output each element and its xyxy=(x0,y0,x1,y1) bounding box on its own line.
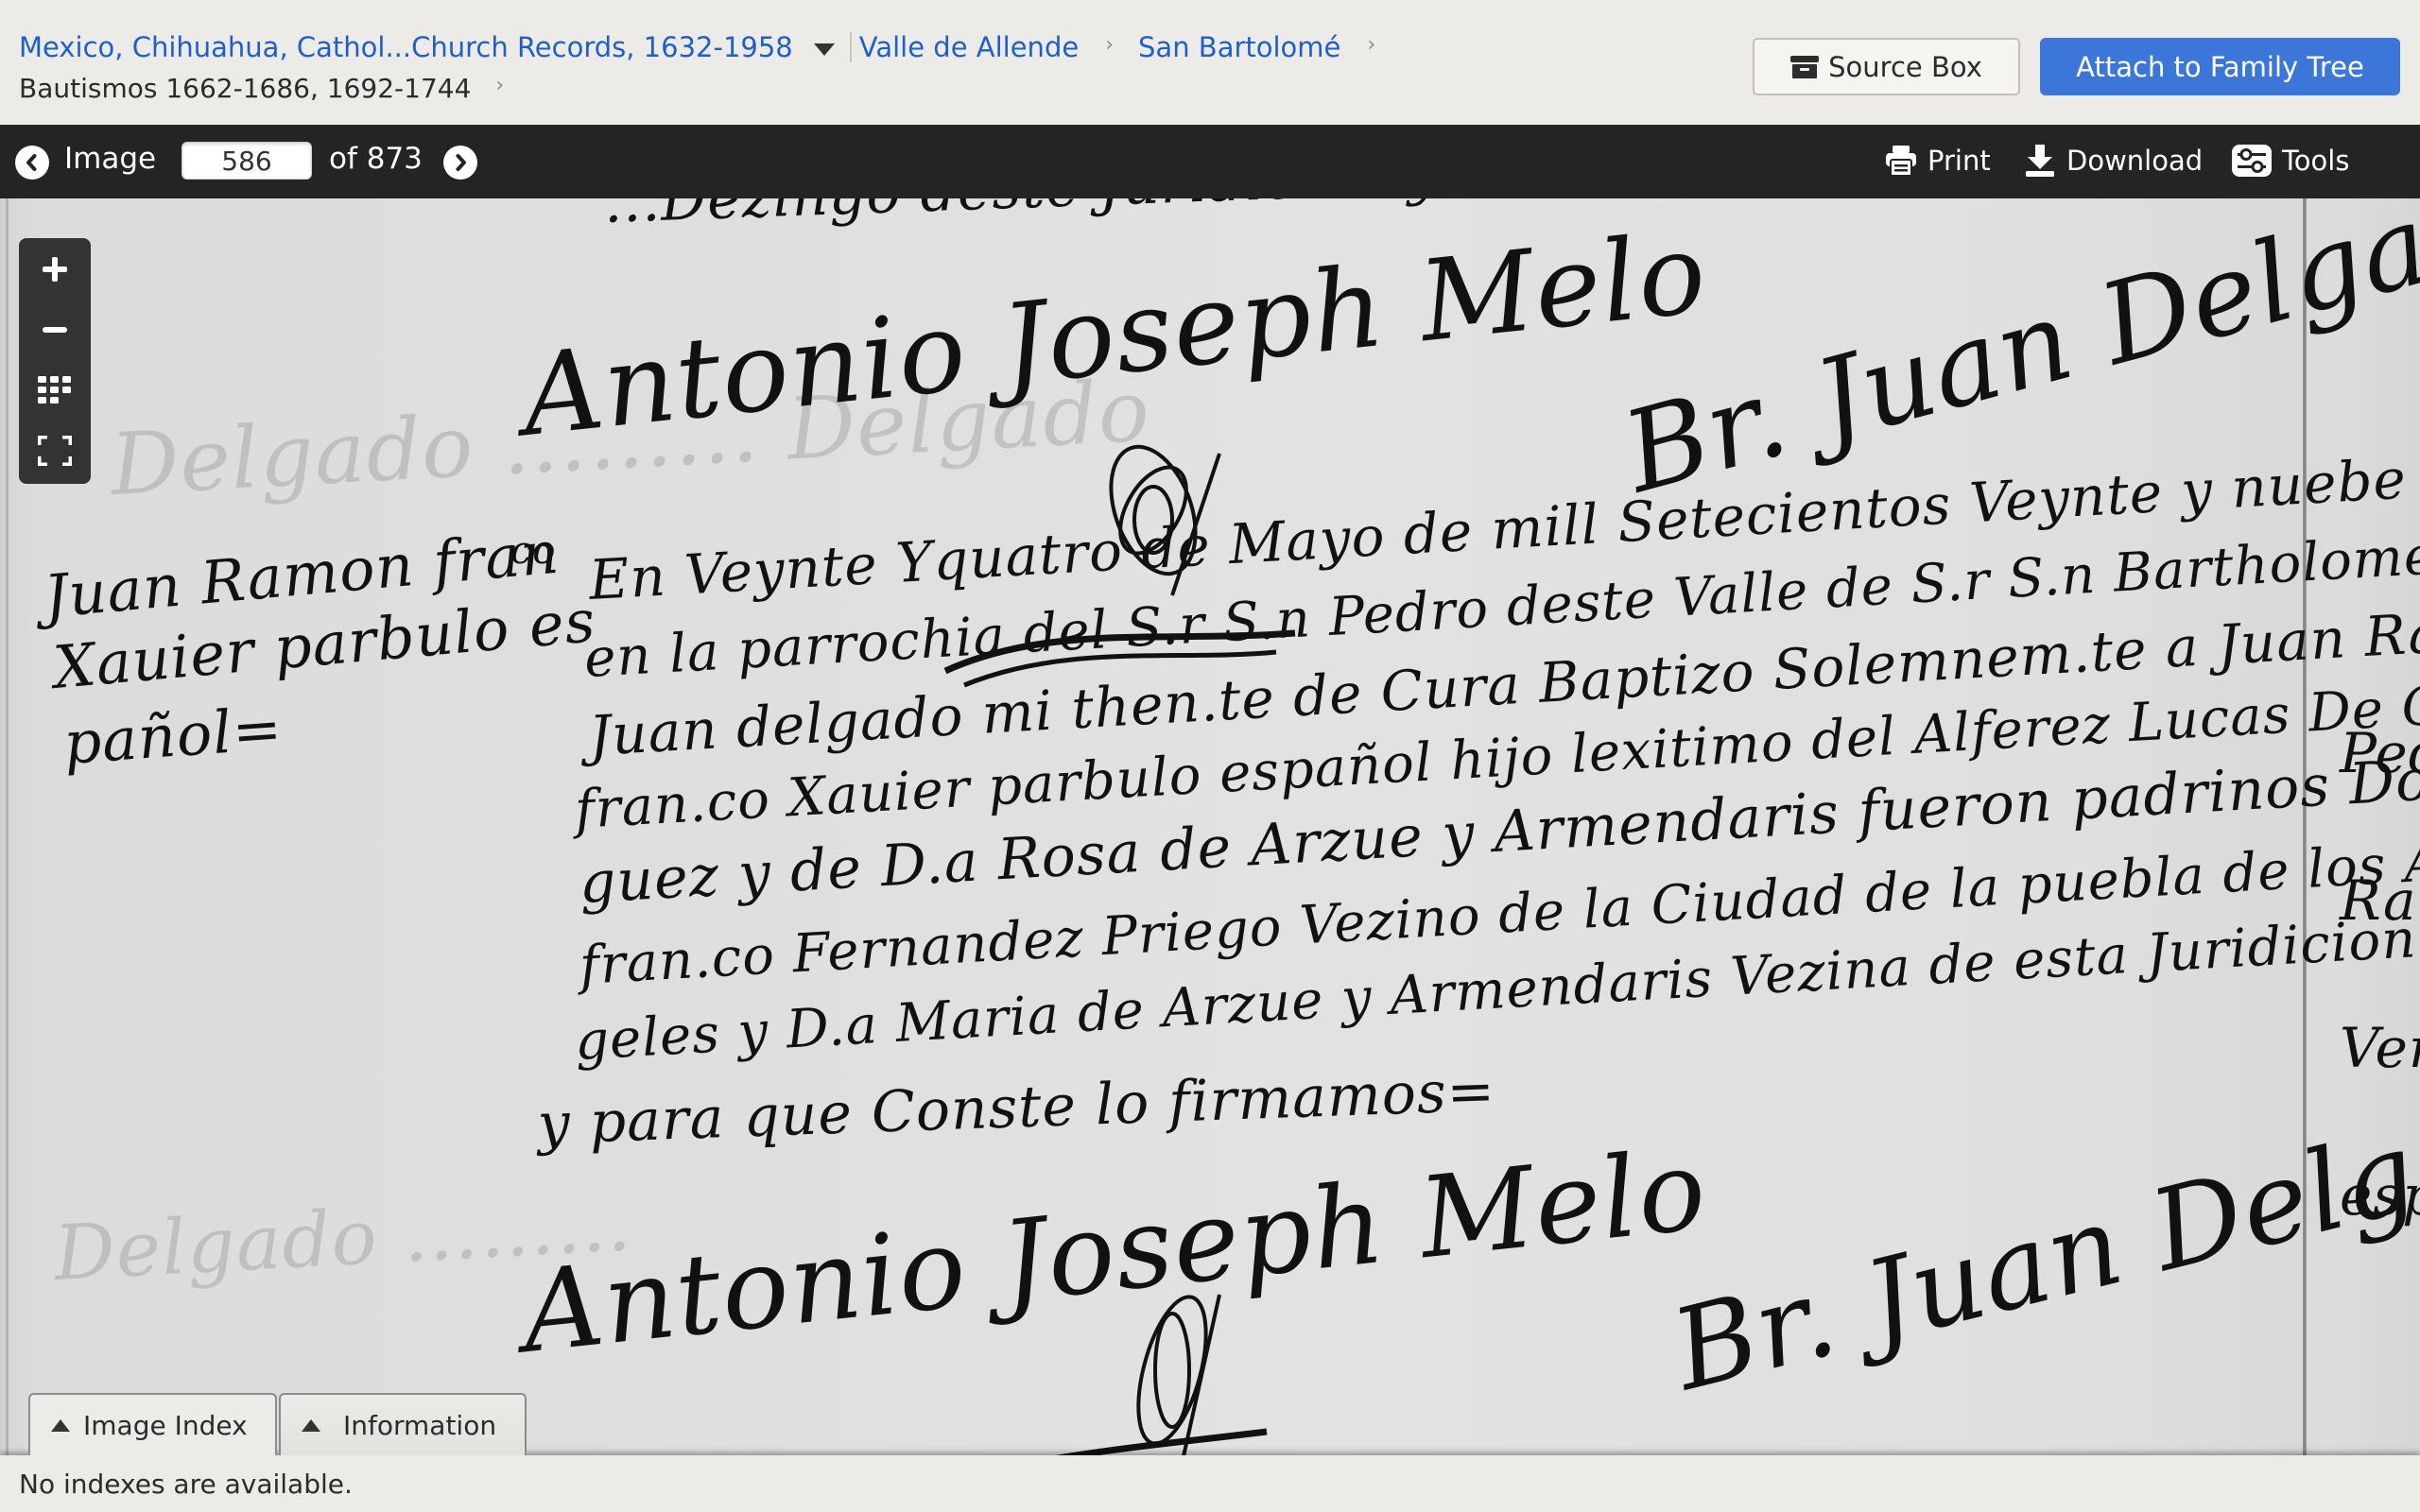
tools-label: Tools xyxy=(2282,145,2349,177)
breadcrumb-current-label: Bautismos 1662-1686, 1692-1744 xyxy=(19,73,471,104)
breadcrumb-collection-link[interactable]: Mexico, Chihuahua, Cathol...Church Recor… xyxy=(19,31,793,63)
tools-button[interactable]: Tools xyxy=(2231,142,2349,180)
record-image-viewer[interactable]: Delgado ……… Delgado Delgado ……… ...Dezin… xyxy=(0,198,2420,1455)
caret-up-icon xyxy=(302,1419,320,1432)
minus-icon xyxy=(41,316,69,344)
chevron-right-icon: › xyxy=(1105,33,1114,57)
tab-label: Information xyxy=(343,1410,496,1441)
sliders-icon xyxy=(2231,144,2273,178)
printer-icon xyxy=(1884,144,1918,178)
image-toolbar: Image of 873 Print Download Tools xyxy=(0,125,2420,198)
print-label: Print xyxy=(1927,145,1991,177)
attach-label: Attach to Family Tree xyxy=(2076,51,2364,83)
archive-box-icon xyxy=(1790,56,1819,78)
source-box-label: Source Box xyxy=(1828,51,1982,83)
chevron-left-icon xyxy=(22,152,43,173)
chevron-right-icon[interactable]: › xyxy=(495,74,504,97)
signature-rubric-flourish xyxy=(907,1257,1323,1455)
fragment-word: Ven xyxy=(2340,1016,2420,1080)
breadcrumb-divider xyxy=(850,32,852,62)
breadcrumb: Mexico, Chihuahua, Cathol...Church Recor… xyxy=(19,26,1400,68)
page-total-label: of 873 xyxy=(329,142,423,176)
next-image-button[interactable] xyxy=(443,146,477,180)
print-button[interactable]: Print xyxy=(1884,142,1991,180)
page-number-input[interactable] xyxy=(181,142,312,180)
source-box-button[interactable]: Source Box xyxy=(1753,38,2020,95)
previous-image-button[interactable] xyxy=(15,146,49,180)
tab-label: Image Index xyxy=(83,1410,248,1441)
tab-image-index[interactable]: Image Index xyxy=(28,1393,277,1455)
chevron-right-icon[interactable]: › xyxy=(1367,33,1375,57)
breadcrumb-valle-de-allende-link[interactable]: Valle de Allende xyxy=(859,31,1079,63)
image-index-panel: No indexes are available. xyxy=(0,1455,2420,1512)
page-binding-line xyxy=(2303,198,2307,1455)
collection-dropdown-icon[interactable] xyxy=(814,43,835,56)
fullscreen-button[interactable] xyxy=(19,421,91,480)
margin-note-line: pañol= xyxy=(61,694,285,778)
no-indexes-message: No indexes are available. xyxy=(19,1469,353,1500)
image-label: Image xyxy=(64,142,156,176)
record-header: Mexico, Chihuahua, Cathol...Church Recor… xyxy=(0,0,2420,125)
breadcrumb-current: Bautismos 1662-1686, 1692-1744 › xyxy=(19,68,528,108)
margin-note-superscript: co xyxy=(510,529,556,573)
breadcrumb-san-bartolome-link[interactable]: San Bartolomé xyxy=(1138,31,1340,63)
download-icon xyxy=(2023,143,2057,179)
page-left-edge xyxy=(6,198,9,1455)
fragment-word: Ram xyxy=(2340,868,2420,933)
plus-icon xyxy=(41,255,69,283)
attach-to-family-tree-button[interactable]: Attach to Family Tree xyxy=(2040,38,2400,95)
fullscreen-icon xyxy=(36,434,74,468)
download-label: Download xyxy=(2066,145,2203,177)
zoom-in-button[interactable] xyxy=(19,240,91,299)
fragment-word: Pedr xyxy=(2340,721,2420,785)
chevron-right-icon xyxy=(450,152,471,173)
zoom-out-button[interactable] xyxy=(19,301,91,359)
tab-information[interactable]: Information xyxy=(279,1393,527,1455)
gallery-view-button[interactable] xyxy=(19,361,91,420)
download-button[interactable]: Download xyxy=(2023,142,2203,180)
grid-icon xyxy=(36,374,74,406)
caret-up-icon xyxy=(51,1419,70,1432)
body-line: y para que Conste lo firmamos= xyxy=(537,1058,1496,1158)
zoom-controls xyxy=(19,238,91,484)
